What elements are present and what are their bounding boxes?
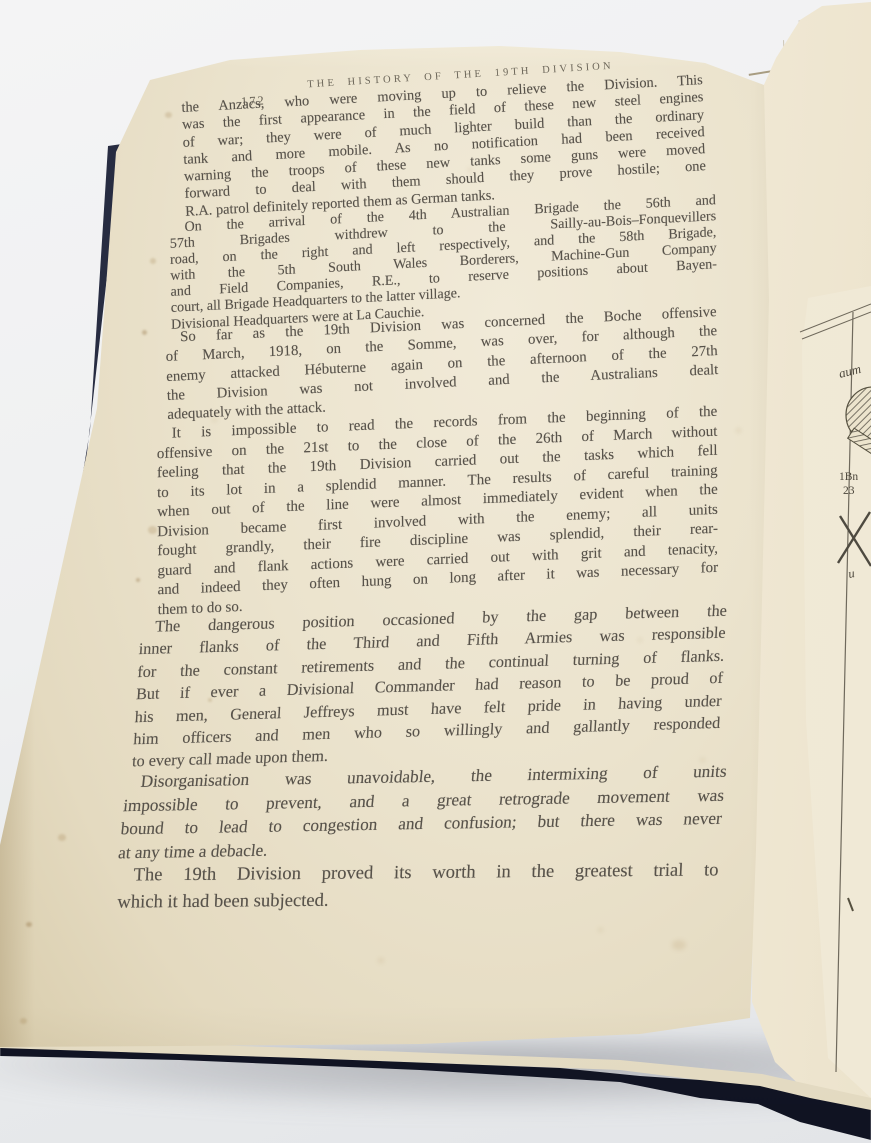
foldout-map-detail: aum 1Bn 23 u (790, 280, 871, 1100)
map-tick-mark (848, 898, 853, 911)
paragraph: It is impossible to read the records fro… (157, 403, 719, 621)
paragraph: The 19th Division proved its worth in th… (117, 856, 719, 915)
map-unit-label: 1Bn (839, 471, 858, 483)
text-line: The 19th Division proved its worth in th… (118, 856, 719, 888)
book-page: THE HISTORY OF THE 19TH DIVISION 172 the… (0, 0, 871, 1143)
paragraph: Disorganisation was unavoidable, the int… (117, 760, 728, 865)
paragraph: The dangerous position occasioned by the… (131, 600, 727, 774)
book-photo: aum 1Bn 23 u THE HIS (0, 0, 871, 1143)
map-number-label: 23 (843, 485, 855, 497)
map-letter-label: u (847, 566, 856, 581)
crossed-lines-symbol (838, 512, 871, 566)
page-text: the Anzacs, who were moving up to reliev… (0, 0, 871, 1143)
map-place-label: aum (837, 361, 862, 381)
text-line: which it had been subjected. (117, 883, 718, 915)
